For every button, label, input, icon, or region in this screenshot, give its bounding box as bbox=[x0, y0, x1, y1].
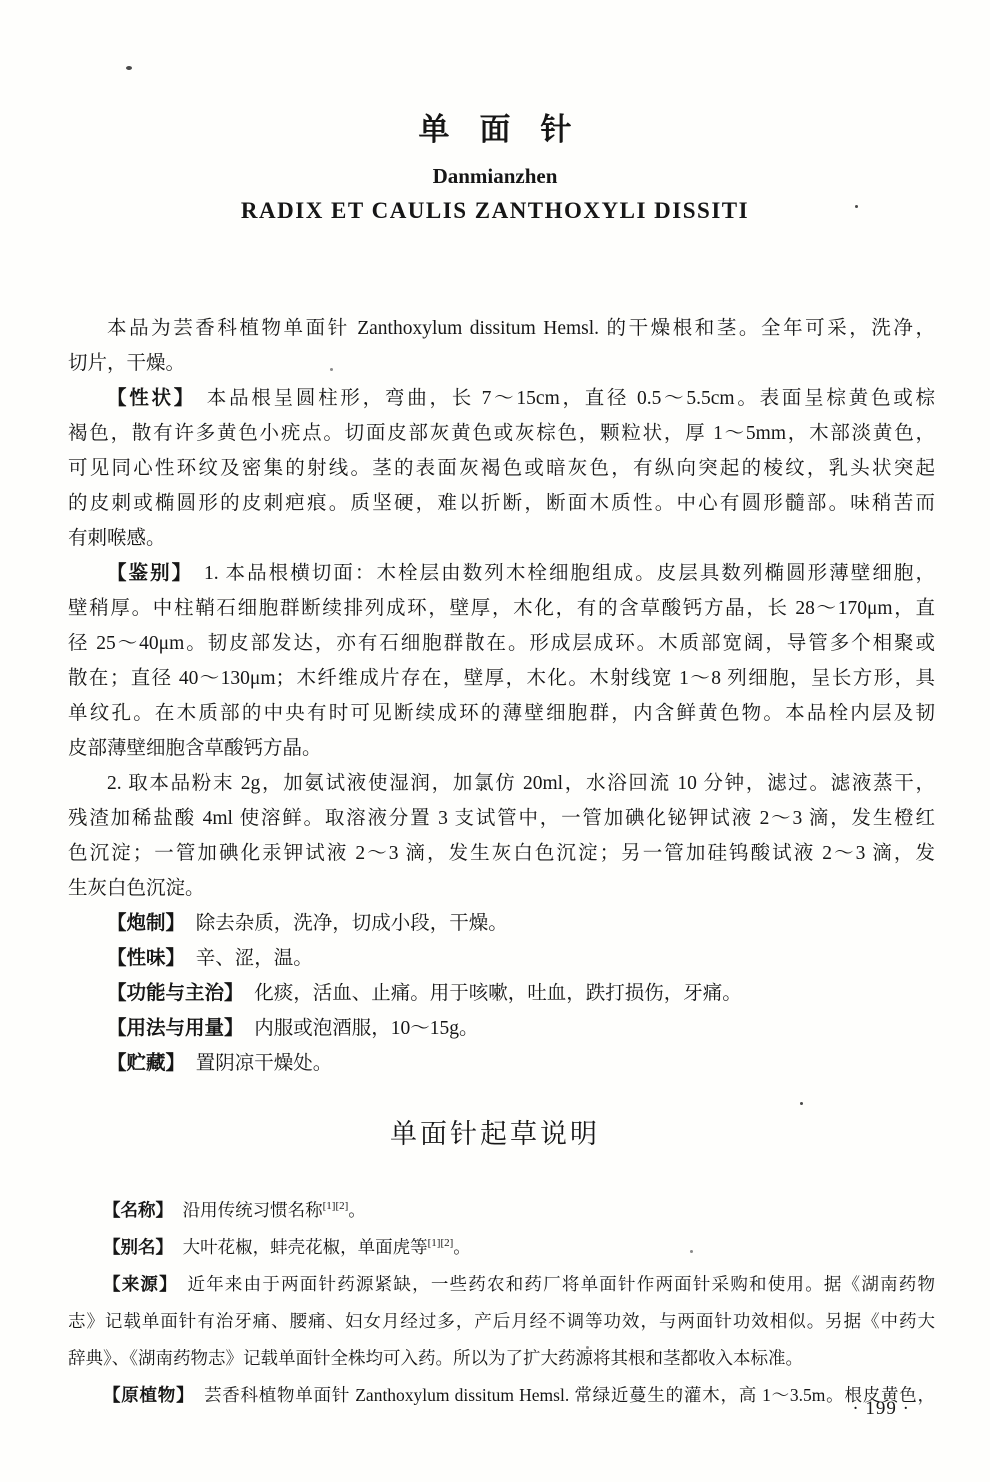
intro-line: 本品为芸香科植物单面针 Zanthoxylum dissitum Hemsl. … bbox=[68, 311, 935, 346]
monograph-title-pinyin: Danmianzhen bbox=[0, 164, 990, 189]
section-text: 。 bbox=[453, 1237, 471, 1257]
section-text: 本品根呈圆柱形，弯曲，长 7～15cm，直径 0.5～5.5cm。表面呈棕黄色或… bbox=[207, 388, 935, 409]
section-label-zhucang: 【贮藏】 bbox=[107, 1053, 185, 1074]
monograph-title-latin: RADIX ET CAULIS ZANTHOXYLI DISSITI bbox=[0, 198, 990, 224]
scan-artifact-dot bbox=[586, 1346, 589, 1349]
section-text: 大叶花椒，蚌壳花椒，单面虎等 bbox=[183, 1237, 428, 1257]
section-label-bieming: 【别名】 bbox=[103, 1237, 173, 1257]
section-jianbie-line: 径 25～40μm。韧皮部发达，亦有石细胞群散在。形成层成环。木质部宽阔，导管多… bbox=[68, 626, 935, 661]
section-mingcheng-line: 【名称】沿用传统习惯名称[1][2]。 bbox=[68, 1192, 935, 1229]
section-label-xingzhuang: 【性状】 bbox=[107, 388, 196, 409]
draft-notes-body: 【名称】沿用传统习惯名称[1][2]。 【别名】大叶花椒，蚌壳花椒，单面虎等[1… bbox=[68, 1192, 935, 1414]
scan-artifact-dot bbox=[330, 368, 333, 371]
section-jianbie2-line: 色沉淀；一管加碘化汞钾试液 2～3 滴，发生灰白色沉淀；另一管加硅钨酸试液 2～… bbox=[68, 836, 935, 871]
section-laiyuan-line: 辞典》、《湖南药物志》记载单面针全株均可入药。所以为了扩大药源将其根和茎都收入本… bbox=[68, 1340, 935, 1377]
monograph-title-chinese: 单面针 bbox=[0, 104, 990, 149]
section-label-gongneng: 【功能与主治】 bbox=[107, 983, 244, 1004]
scan-artifact-dot bbox=[690, 1250, 693, 1253]
section-jianbie-line: 壁稍厚。中柱鞘石细胞群断续排列成环，壁厚，木化，有的含草酸钙方晶，长 28～17… bbox=[68, 591, 935, 626]
section-jianbie-line: 散在；直径 40～130μm；木纤维成片存在，壁厚，木化。木射线宽 1～8 列细… bbox=[68, 661, 935, 696]
section-jianbie2-line: 残渣加稀盐酸 4ml 使溶鲜。取溶液分置 3 支试管中，一管加碘化铋钾试液 2～… bbox=[68, 801, 935, 836]
page-number: · 199 · bbox=[852, 1398, 910, 1420]
document-page: 单面针 Danmianzhen RADIX ET CAULIS ZANTHOXY… bbox=[0, 0, 990, 1482]
section-laiyuan-line: 志》记载单面针有治牙痛、腰痛、妇女月经过多，产后月经不调等功效，与两面针功效相似… bbox=[68, 1303, 935, 1340]
monograph-header: 单面针 Danmianzhen RADIX ET CAULIS ZANTHOXY… bbox=[0, 104, 990, 224]
section-xingzhuang-line: 有刺喉感。 bbox=[68, 521, 935, 556]
section-text: 1. 本品根横切面：木栓层由数列木栓细胞组成。皮层具数列椭圆形薄壁细胞， bbox=[204, 563, 935, 584]
intro-line: 切片，干燥。 bbox=[68, 346, 935, 381]
section-label-jianbie: 【鉴别】 bbox=[107, 563, 193, 584]
section-text: 沿用传统习惯名称 bbox=[183, 1200, 323, 1220]
section-xingzhuang-line: 【性状】本品根呈圆柱形，弯曲，长 7～15cm，直径 0.5～5.5cm。表面呈… bbox=[68, 381, 935, 416]
section-text: 内服或泡酒服，10～15g。 bbox=[254, 1018, 478, 1039]
scan-artifact-dot bbox=[855, 205, 858, 208]
section-jianbie2-line: 生灰白色沉淀。 bbox=[68, 871, 935, 906]
section-xingzhuang-line: 可见同心性环纹及密集的射线。茎的表面灰褐色或暗灰色，有纵向突起的棱纹，乳头状突起 bbox=[68, 451, 935, 486]
reference-superscript: [1][2] bbox=[323, 1200, 349, 1212]
reference-superscript: [1][2] bbox=[428, 1237, 454, 1249]
section-text: 辛、涩，温。 bbox=[196, 948, 313, 969]
section-text: 除去杂质，洗净，切成小段，干燥。 bbox=[196, 913, 508, 934]
section-bieming-line: 【别名】大叶花椒，蚌壳花椒，单面虎等[1][2]。 bbox=[68, 1229, 935, 1266]
section-jianbie-line: 皮部薄壁细胞含草酸钙方晶。 bbox=[68, 731, 935, 766]
section-yuanzhiwu-line: 【原植物】芸香科植物单面针 Zanthoxylum dissitum Hemsl… bbox=[68, 1377, 935, 1414]
scan-artifact-dot bbox=[126, 66, 132, 70]
section-laiyuan-line: 【来源】近年来由于两面针药源紧缺，一些药农和药厂将单面针作两面针采购和使用。据《… bbox=[68, 1266, 935, 1303]
section-zhucang-line: 【贮藏】置阴凉干燥处。 bbox=[68, 1046, 935, 1081]
section-text: 芸香科植物单面针 Zanthoxylum dissitum Hemsl. 常绿近… bbox=[204, 1385, 935, 1405]
section-xingzhuang-line: 的皮刺或椭圆形的皮刺疤痕。质坚硬，难以折断，断面木质性。中心有圆形髓部。味稍苦而 bbox=[68, 486, 935, 521]
section-label-xingwei: 【性味】 bbox=[107, 948, 185, 969]
section-jianbie2-line: 2. 取本品粉末 2g，加氨试液使湿润，加氯仿 20ml，水浴回流 10 分钟，… bbox=[68, 766, 935, 801]
section-jianbie-line: 【鉴别】1. 本品根横切面：木栓层由数列木栓细胞组成。皮层具数列椭圆形薄壁细胞， bbox=[68, 556, 935, 591]
draft-notes-heading: 单面针起草说明 bbox=[0, 1112, 990, 1151]
section-jianbie-line: 单纹孔。在木质部的中央有时可见断续成环的薄壁细胞群，内含鲜黄色物。本品栓内层及韧 bbox=[68, 696, 935, 731]
section-label-paozhi: 【炮制】 bbox=[107, 913, 185, 934]
scan-artifact-dot bbox=[800, 1102, 803, 1105]
section-gongneng-line: 【功能与主治】化痰，活血、止痛。用于咳嗽，吐血，跌打损伤，牙痛。 bbox=[68, 976, 935, 1011]
section-xingzhuang-line: 褐色，散有许多黄色小疣点。切面皮部灰黄色或灰棕色，颗粒状，厚 1～5mm，木部淡… bbox=[68, 416, 935, 451]
section-label-mingcheng: 【名称】 bbox=[103, 1200, 173, 1220]
section-text: 化痰，活血、止痛。用于咳嗽，吐血，跌打损伤，牙痛。 bbox=[254, 983, 742, 1004]
section-text: 置阴凉干燥处。 bbox=[196, 1053, 333, 1074]
section-paozhi-line: 【炮制】除去杂质，洗净，切成小段，干燥。 bbox=[68, 906, 935, 941]
section-text: 。 bbox=[348, 1200, 366, 1220]
section-label-yuanzhiwu: 【原植物】 bbox=[103, 1385, 194, 1405]
section-yongfa-line: 【用法与用量】内服或泡酒服，10～15g。 bbox=[68, 1011, 935, 1046]
section-label-yongfa: 【用法与用量】 bbox=[107, 1018, 244, 1039]
monograph-body: 本品为芸香科植物单面针 Zanthoxylum dissitum Hemsl. … bbox=[68, 311, 935, 1081]
section-xingwei-line: 【性味】辛、涩，温。 bbox=[68, 941, 935, 976]
section-label-laiyuan: 【来源】 bbox=[103, 1274, 178, 1294]
section-text: 近年来由于两面针药源紧缺，一些药农和药厂将单面针作两面针采购和使用。据《湖南药物 bbox=[188, 1274, 936, 1294]
